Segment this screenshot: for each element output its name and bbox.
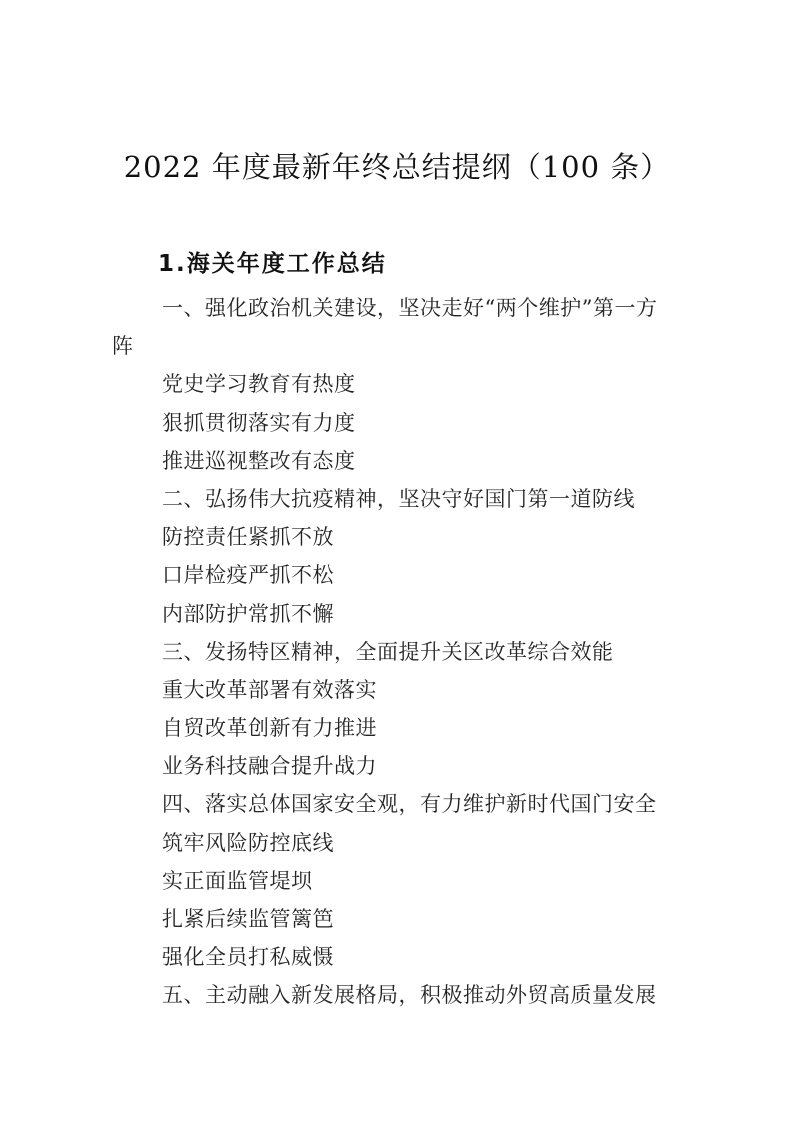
text-line: 五、主动融入新发展格局，积极推动外贸高质量发展 — [112, 976, 682, 1014]
text-line: 狠抓贯彻落实有力度 — [112, 404, 682, 442]
text-line: 扎紧后续监管篱笆 — [112, 900, 682, 938]
text-line: 自贸改革创新有力推进 — [112, 709, 682, 747]
text-line: 二、弘扬伟大抗疫精神，坚决守好国门第一道防线 — [112, 480, 682, 518]
text-line: 筑牢风险防控底线 — [112, 824, 682, 862]
text-line: 阵 — [112, 327, 682, 365]
text-line: 业务科技融合提升战力 — [112, 747, 682, 785]
text-line: 强化全员打私威慑 — [112, 938, 682, 976]
text-line: 党史学习教育有热度 — [112, 365, 682, 403]
text-line: 内部防护常抓不懈 — [112, 595, 682, 633]
text-line: 四、落实总体国家安全观，有力维护新时代国门安全 — [112, 785, 682, 823]
section-heading: 1.海关年度工作总结 — [112, 248, 682, 280]
text-line: 三、发扬特区精神，全面提升关区改革综合效能 — [112, 633, 682, 671]
text-line: 一、强化政治机关建设，坚决走好“两个维护”第一方 — [112, 289, 682, 327]
document-body: 一、强化政治机关建设，坚决走好“两个维护”第一方阵党史学习教育有热度狠抓贯彻落实… — [112, 289, 682, 1015]
text-line: 防控责任紧抓不放 — [112, 518, 682, 556]
text-line: 推进巡视整改有态度 — [112, 442, 682, 480]
document-title: 2022 年度最新年终总结提纲（100 条） — [0, 146, 794, 188]
text-line: 实正面监管堤坝 — [112, 862, 682, 900]
text-line: 重大改革部署有效落实 — [112, 671, 682, 709]
text-line: 口岸检疫严抓不松 — [112, 556, 682, 594]
document-page: 2022 年度最新年终总结提纲（100 条） 1.海关年度工作总结 一、强化政治… — [0, 0, 794, 1122]
